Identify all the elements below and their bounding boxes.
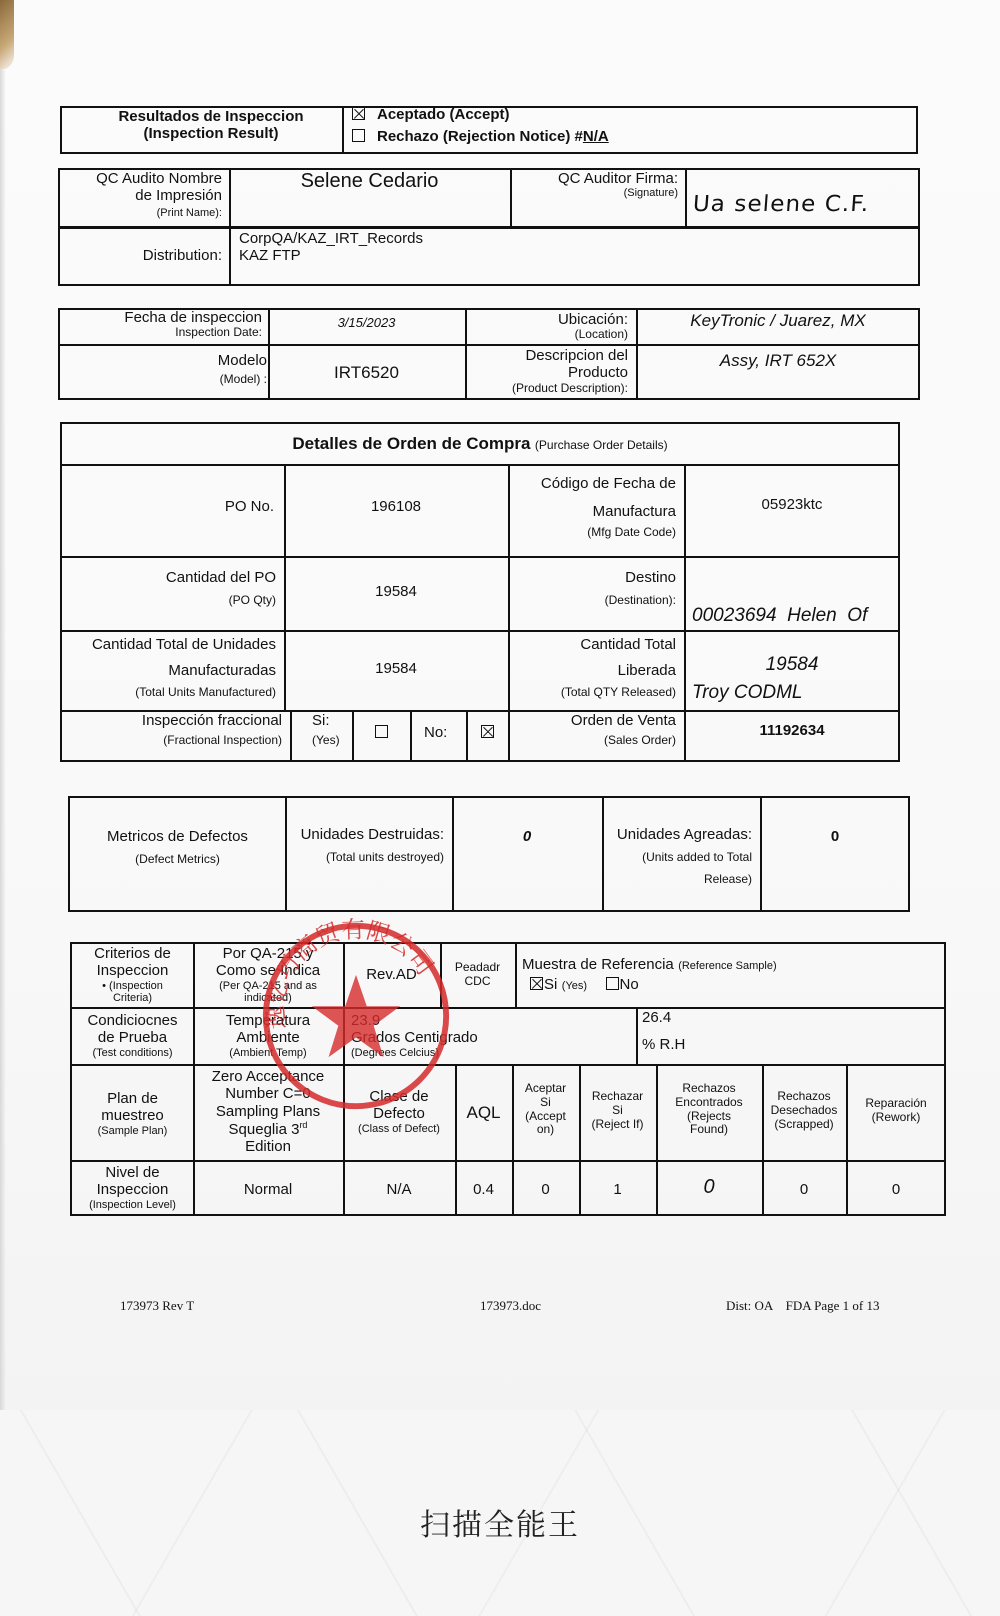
reject-option[interactable]: Rechazo (Rejection Notice) #N/A bbox=[352, 128, 609, 145]
accept-on-3: (Accept bbox=[512, 1110, 579, 1124]
distribution-label: Distribution: bbox=[62, 247, 222, 264]
po-title-en: (Purchase Order Details) bbox=[535, 438, 668, 452]
accept-label: Aceptado (Accept) bbox=[377, 106, 510, 123]
released-label-1: Cantidad Total bbox=[512, 632, 676, 658]
plan-line-4: Squeglia 3 bbox=[229, 1121, 300, 1138]
reference-sample-label-en: (Reference Sample) bbox=[678, 960, 776, 972]
divider bbox=[342, 106, 344, 154]
result-label-es: Resultados de Inspeccion bbox=[80, 108, 342, 125]
po-qty-value: 19584 bbox=[284, 583, 508, 600]
rejects-found-value: 0 bbox=[656, 1176, 762, 1199]
checkbox-checked-icon[interactable] bbox=[481, 725, 494, 738]
scrapped-1: Rechazos bbox=[762, 1090, 846, 1104]
sales-order-label-es: Orden de Venta bbox=[512, 712, 676, 729]
fractional-no-label: No: bbox=[424, 724, 447, 741]
checkbox-checked-icon[interactable] bbox=[530, 977, 543, 990]
temp-unit: Grados Centigrado bbox=[351, 1029, 478, 1046]
location-value: KeyTronic / Juarez, MX bbox=[636, 311, 920, 331]
paper-corner bbox=[0, 0, 14, 70]
divider bbox=[70, 1064, 946, 1066]
criteria-label-1: Criterios de bbox=[72, 945, 193, 962]
description-label-1: Descripcion del bbox=[468, 347, 628, 364]
mfg-date-code-value: 05923ktc bbox=[684, 496, 900, 513]
divider bbox=[58, 226, 920, 229]
released-label-en: (Total QTY Released) bbox=[512, 686, 676, 700]
po-number-label: PO No. bbox=[66, 498, 274, 515]
divider bbox=[508, 464, 510, 762]
inspection-date-value: 3/15/2023 bbox=[268, 316, 465, 331]
total-mfg-label-en: (Total Units Manufactured) bbox=[66, 686, 276, 700]
defect-metrics-label-es: Metricos de Defectos bbox=[70, 828, 285, 845]
rejects-found-1: Rechazos bbox=[656, 1082, 762, 1096]
plan-line-1: Zero Acceptance bbox=[193, 1068, 343, 1085]
distribution-value: CorpQA/KAZ_IRT_Records KAZ FTP bbox=[239, 230, 423, 265]
date-label-es: Fecha de inspeccion bbox=[62, 309, 262, 326]
inspection-level-en: (Inspection Level) bbox=[72, 1199, 193, 1212]
rework-value: 0 bbox=[846, 1181, 946, 1198]
ambient-temp-1: Temperatura bbox=[193, 1012, 343, 1029]
humidity-unit: % R.H bbox=[642, 1036, 685, 1053]
accept-option[interactable]: Aceptado (Accept) bbox=[352, 106, 510, 123]
accept-on-2: Si bbox=[512, 1096, 579, 1110]
po-qty-label: Cantidad del PO (PO Qty) bbox=[66, 569, 276, 608]
criteria-label: Criterios de Inspeccion • (Inspection Cr… bbox=[72, 945, 193, 1005]
destroyed-label-es: Unidades Destruidas: bbox=[288, 826, 444, 843]
criteria-per-qa: Por QA-215 y Como se Indica (Per QA-215 … bbox=[193, 945, 343, 1005]
divider bbox=[452, 796, 454, 912]
per-qa-line-1: Por QA-215 y bbox=[193, 945, 343, 962]
model-label-es: Modelo bbox=[62, 352, 267, 369]
fractional-no-checkbox[interactable] bbox=[481, 724, 500, 742]
fractional-label: Inspección fraccional (Fractional Inspec… bbox=[66, 712, 282, 748]
class-of-defect-label: Clase de Defecto (Class of Defect) bbox=[343, 1088, 455, 1135]
divider bbox=[636, 1007, 638, 1064]
released-value: 19584 bbox=[684, 654, 900, 676]
sample-plan-2: muestreo bbox=[72, 1107, 193, 1124]
sales-order-label-en: (Sales Order) bbox=[512, 734, 676, 748]
signature-label: QC Auditor Firma: (Signature) bbox=[512, 170, 678, 200]
accept-checkbox-checked-icon[interactable] bbox=[352, 107, 365, 120]
rejects-found-label: Rechazos Encontrados (Rejects Found) bbox=[656, 1082, 762, 1137]
auditor-name-value: Selene Cedario bbox=[229, 170, 510, 193]
checkbox-icon[interactable] bbox=[606, 977, 619, 990]
model-label-en: (Model) : bbox=[62, 373, 267, 387]
rework-2: (Rework) bbox=[846, 1111, 946, 1125]
reference-sample-label: Muestra de Referencia bbox=[522, 956, 674, 973]
divider bbox=[602, 796, 604, 912]
scanner-app-brand: 扫描全能王 bbox=[0, 1500, 1000, 1544]
released-label-2: Liberada bbox=[512, 658, 676, 684]
paper-shadow bbox=[0, 70, 6, 1410]
destroyed-value: 0 bbox=[452, 828, 602, 845]
destination-line-1: 00023694 Helen Of bbox=[692, 603, 867, 629]
per-qa-line-2: Como se Indica bbox=[193, 962, 343, 979]
product-description-value: Assy, IRT 652X bbox=[636, 351, 920, 371]
location-label: Ubicación: (Location) bbox=[468, 311, 628, 342]
sample-plan-label: Plan de muestreo (Sample Plan) bbox=[72, 1090, 193, 1137]
divider bbox=[410, 710, 412, 762]
defect-metrics-label-en: (Defect Metrics) bbox=[70, 853, 285, 867]
yes-label-en: (Yes) bbox=[312, 734, 340, 748]
divider bbox=[70, 1007, 946, 1009]
model-value: IRT6520 bbox=[268, 363, 465, 383]
reject-if-3: (Reject If) bbox=[579, 1118, 656, 1132]
sales-order-value: 11192634 bbox=[684, 722, 900, 739]
footer-page-info: Dist: OA FDA Page 1 of 13 bbox=[726, 1299, 879, 1314]
fractional-label-es: Inspección fraccional bbox=[66, 712, 282, 729]
reference-sample: Muestra de Referencia (Reference Sample)… bbox=[522, 956, 777, 995]
divider bbox=[465, 308, 467, 400]
class-of-defect-value: N/A bbox=[343, 1181, 455, 1198]
peadadr-line-1: Peadadr bbox=[440, 961, 515, 975]
reject-if-value: 1 bbox=[579, 1181, 656, 1198]
ref-yes-option[interactable]: Si (Yes) bbox=[530, 976, 587, 993]
divider bbox=[352, 710, 354, 762]
rejects-found-4: Found) bbox=[656, 1123, 762, 1137]
plan-line-2: Number C=0 bbox=[193, 1085, 343, 1102]
divider bbox=[466, 710, 468, 762]
print-name-label-2: de Impresión bbox=[62, 187, 222, 204]
ref-no-label: No bbox=[620, 976, 639, 993]
print-name-label: QC Audito Nombre de Impresión (Print Nam… bbox=[62, 170, 222, 219]
print-name-label-3: (Print Name): bbox=[62, 207, 222, 220]
added-label-es: Unidades Agreadas: bbox=[605, 826, 752, 843]
distribution-line-2: KAZ FTP bbox=[239, 247, 423, 264]
added-label-en-2: Release) bbox=[605, 873, 752, 887]
description-label-en: (Product Description): bbox=[468, 382, 628, 396]
po-qty-label-en: (PO Qty) bbox=[66, 594, 276, 608]
result-label-en: (Inspection Result) bbox=[80, 125, 342, 142]
total-mfg-label: Cantidad Total de Unidades Manufacturada… bbox=[66, 632, 276, 700]
divider bbox=[70, 1160, 946, 1162]
ambient-temp-en: (Ambient Temp) bbox=[193, 1047, 343, 1060]
reject-number: N/A bbox=[583, 128, 609, 145]
date-label: Fecha de inspeccion Inspection Date: bbox=[62, 309, 262, 340]
inspection-result-label: Resultados de Inspeccion (Inspection Res… bbox=[80, 108, 342, 143]
divider bbox=[515, 942, 517, 1007]
reject-checkbox-icon[interactable] bbox=[352, 129, 365, 142]
ambient-temp-2: Ambiente bbox=[193, 1029, 343, 1046]
test-conditions-en: (Test conditions) bbox=[72, 1047, 193, 1060]
class-label-2: Defecto bbox=[343, 1105, 455, 1122]
aql-label: AQL bbox=[455, 1103, 512, 1123]
divider bbox=[760, 796, 762, 912]
mfg-label-1: Código de Fecha de bbox=[512, 470, 676, 498]
divider bbox=[285, 796, 287, 912]
fractional-yes-checkbox[interactable] bbox=[375, 724, 394, 742]
accept-on-1: Aceptar bbox=[512, 1082, 579, 1096]
criteria-label-en-1: • (Inspection bbox=[72, 980, 193, 993]
destroyed-label: Unidades Destruidas: (Total units destro… bbox=[288, 826, 444, 865]
divider bbox=[685, 168, 687, 226]
total-mfg-label-2: Manufacturadas bbox=[66, 658, 276, 684]
class-label-1: Clase de bbox=[343, 1088, 455, 1105]
test-conditions-1: Condiciocnes bbox=[72, 1012, 193, 1029]
peadadr-line-2: CDC bbox=[440, 975, 515, 989]
fractional-label-en: (Fractional Inspection) bbox=[66, 734, 282, 748]
destination-line-2: Troy CODML bbox=[692, 680, 867, 706]
destination-label-en: (Destination): bbox=[512, 594, 676, 608]
ref-no-option[interactable]: No bbox=[606, 976, 639, 993]
per-qa-en-1: (Per QA-215 and as bbox=[193, 980, 343, 993]
criteria-label-en-2: Criteria) bbox=[72, 992, 193, 1005]
divider bbox=[62, 556, 900, 558]
description-label-2: Producto bbox=[468, 364, 628, 381]
sample-plan-1: Plan de bbox=[72, 1090, 193, 1107]
signature-label-1: QC Auditor Firma: bbox=[512, 170, 678, 187]
rework-1: Reparación bbox=[846, 1097, 946, 1111]
scrapped-2: Desechados bbox=[762, 1104, 846, 1118]
inspection-level-value: Normal bbox=[193, 1181, 343, 1198]
total-mfg-label-1: Cantidad Total de Unidades bbox=[66, 632, 276, 658]
inspection-level-label: Nivel de Inspeccion (Inspection Level) bbox=[72, 1164, 193, 1211]
test-conditions-2: de Prueba bbox=[72, 1029, 193, 1046]
divider bbox=[290, 710, 292, 762]
footer-doc-rev: 173973 Rev T bbox=[120, 1299, 194, 1314]
po-title-es: Detalles de Orden de Compra bbox=[292, 434, 530, 453]
mfg-label-en: (Mfg Date Code) bbox=[512, 526, 676, 540]
accept-on-value: 0 bbox=[512, 1181, 579, 1198]
divider bbox=[58, 344, 920, 346]
added-value: 0 bbox=[760, 828, 910, 845]
class-label-en: (Class of Defect) bbox=[343, 1123, 455, 1136]
sales-order-label: Orden de Venta (Sales Order) bbox=[512, 712, 676, 748]
po-qty-label-es: Cantidad del PO bbox=[66, 569, 276, 586]
rework-label: Reparación (Rework) bbox=[846, 1097, 946, 1125]
revision-value: Rev.AD bbox=[343, 966, 440, 983]
yes-label: Si: bbox=[312, 712, 340, 729]
scrapped-3: (Scrapped) bbox=[762, 1118, 846, 1132]
temperature-value: 23.9 Grados Centigrado (Degrees Celcius) bbox=[351, 1012, 478, 1059]
temp-unit-en: (Degrees Celcius) bbox=[351, 1047, 478, 1060]
divider bbox=[60, 464, 900, 466]
per-qa-en-2: indicated) bbox=[193, 992, 343, 1005]
plan-line-3: Sampling Plans bbox=[193, 1103, 343, 1120]
destination-label-es: Destino bbox=[512, 569, 676, 586]
sample-plan-en: (Sample Plan) bbox=[72, 1125, 193, 1138]
fractional-yes-label: Si: (Yes) bbox=[312, 712, 340, 748]
plan-sup: rd bbox=[299, 1120, 307, 1130]
mfg-date-code-label: Código de Fecha de Manufactura (Mfg Date… bbox=[512, 470, 676, 540]
description-label: Descripcion del Producto (Product Descri… bbox=[468, 347, 628, 395]
accept-on-4: on) bbox=[512, 1123, 579, 1137]
inspection-level-2: Inspeccion bbox=[72, 1181, 193, 1198]
date-label-en: Inspection Date: bbox=[62, 326, 262, 340]
total-mfg-value: 19584 bbox=[284, 660, 508, 677]
checkbox-icon[interactable] bbox=[375, 725, 388, 738]
location-label-en: (Location) bbox=[468, 328, 628, 342]
accept-on-label: Aceptar Si (Accept on) bbox=[512, 1082, 579, 1137]
scanned-page: Resultados de Inspeccion (Inspection Res… bbox=[0, 0, 1000, 1410]
mfg-label-2: Manufactura bbox=[512, 498, 676, 526]
ambient-temp-label: Temperatura Ambiente (Ambient Temp) bbox=[193, 1012, 343, 1059]
ref-yes-label-en: (Yes) bbox=[562, 980, 587, 992]
humidity-value: 26.4 bbox=[642, 1009, 671, 1026]
reference-sample-options: Si (Yes) No bbox=[522, 976, 777, 994]
po-number-value: 196108 bbox=[284, 498, 508, 515]
reject-if-label: Rechazar Si (Reject If) bbox=[579, 1090, 656, 1131]
rejects-found-2: Encontrados bbox=[656, 1096, 762, 1110]
defect-metrics-label: Metricos de Defectos (Defect Metrics) bbox=[70, 828, 285, 867]
reject-if-2: Si bbox=[579, 1104, 656, 1118]
scrapped-value: 0 bbox=[762, 1181, 846, 1198]
signature-label-2: (Signature) bbox=[512, 187, 678, 200]
peadadr-cdc: Peadadr CDC bbox=[440, 961, 515, 989]
released-label: Cantidad Total Liberada (Total QTY Relea… bbox=[512, 632, 676, 700]
footer-filename: 173973.doc bbox=[480, 1299, 541, 1314]
scrapped-label: Rechazos Desechados (Scrapped) bbox=[762, 1090, 846, 1131]
reject-label: Rechazo (Rejection Notice) # bbox=[377, 128, 583, 145]
criteria-label-2: Inspeccion bbox=[72, 962, 193, 979]
print-name-label-1: QC Audito Nombre bbox=[62, 170, 222, 187]
inspection-level-1: Nivel de bbox=[72, 1164, 193, 1181]
po-details-title: Detalles de Orden de Compra (Purchase Or… bbox=[60, 434, 900, 454]
distribution-line-1: CorpQA/KAZ_IRT_Records bbox=[239, 230, 423, 247]
rejects-found-3: (Rejects bbox=[656, 1110, 762, 1124]
added-label-en-1: (Units added to Total bbox=[605, 851, 752, 865]
added-label: Unidades Agreadas: (Units added to Total… bbox=[605, 826, 752, 887]
temp-value: 23.9 bbox=[351, 1012, 478, 1029]
destroyed-label-en: (Total units destroyed) bbox=[288, 851, 444, 865]
model-label: Modelo (Model) : bbox=[62, 352, 267, 387]
aql-value: 0.4 bbox=[455, 1181, 512, 1198]
destination-label: Destino (Destination): bbox=[512, 569, 676, 608]
plan-line-5: Edition bbox=[193, 1138, 343, 1155]
location-label-es: Ubicación: bbox=[468, 311, 628, 328]
auditor-signature: Ua selene C.F. bbox=[692, 192, 870, 217]
ref-yes-label: Si bbox=[544, 976, 557, 993]
test-conditions-label: Condiciocnes de Prueba (Test conditions) bbox=[72, 1012, 193, 1059]
sample-plan-value: Zero Acceptance Number C=0 Sampling Plan… bbox=[193, 1068, 343, 1155]
reject-if-1: Rechazar bbox=[579, 1090, 656, 1104]
